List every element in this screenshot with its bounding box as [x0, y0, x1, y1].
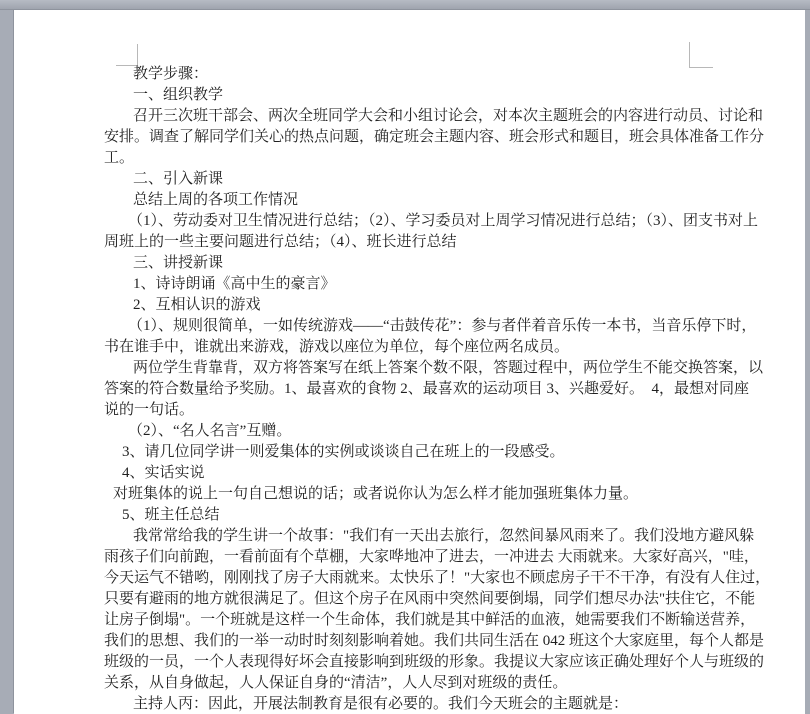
- window-chrome-right: [805, 0, 810, 714]
- document-page[interactable]: 教学步骤：一、组织教学召开三次班干部会、两次全班同学大会和小组讨论会，对本次主题…: [14, 10, 805, 714]
- text-line[interactable]: 总结上周的各项工作情况: [104, 190, 764, 211]
- text-line[interactable]: 1、诗诗朗诵《高中生的豪言》: [104, 274, 764, 295]
- text-line[interactable]: 班级的一员，一个人表现得好坏会直接影响到班级的形象。我提议大家应该正确处理好个人…: [104, 652, 764, 673]
- text-line[interactable]: 召开三次班干部会、两次全班同学大会和小组讨论会，对本次主题班会的内容进行动员、讨…: [104, 106, 764, 127]
- text-line[interactable]: 工。: [104, 148, 764, 169]
- text-line[interactable]: 书在谁手中，谁就出来游戏，游戏以座位为单位，每个座位两名成员。: [104, 337, 764, 358]
- text-line[interactable]: 教学步骤：: [104, 64, 764, 85]
- text-line[interactable]: 二、引入新课: [104, 169, 764, 190]
- text-line[interactable]: 我常常给我的学生讲一个故事："我们有一天出去旅行，忽然间暴风雨来了。我们没地方避…: [104, 526, 764, 547]
- text-line[interactable]: 周班上的一些主要问题进行总结；（4）、班长进行总结: [104, 232, 764, 253]
- text-line[interactable]: 4、实话实说: [104, 463, 764, 484]
- text-boundary-mark-left: [116, 44, 138, 66]
- text-line[interactable]: 两位学生背靠背，双方将答案写在纸上答案个数不限，答题过程中，两位学生不能交换答案…: [104, 358, 764, 379]
- text-line[interactable]: （1）、劳动委对卫生情况进行总结；（2）、学习委员对上周学习情况进行总结；（3）…: [104, 211, 764, 232]
- window-chrome-left: [0, 0, 14, 714]
- text-line[interactable]: （2）、“名人名言”互赠。: [104, 421, 764, 442]
- text-line[interactable]: 只要有避雨的地方就很满足了。但这个房子在风雨中突然间要倒塌，同学们想尽办法"扶住…: [104, 589, 764, 610]
- text-line[interactable]: 安排。调查了解同学们关心的热点问题，确定班会主题内容、班会形式和题目，班会具体准…: [104, 127, 764, 148]
- text-line[interactable]: 3、请几位同学讲一则爱集体的实例或谈谈自己在班上的一段感受。: [104, 442, 764, 463]
- text-line[interactable]: 对班集体的说上一句自己想说的话；或者说你认为怎么样才能加强班集体力量。: [104, 484, 764, 505]
- text-line[interactable]: 让房子倒塌"。一个班就是这样一个生命体，我们就是其中鲜活的血液，她需要我们不断输…: [104, 610, 764, 631]
- document-text: 教学步骤：一、组织教学召开三次班干部会、两次全班同学大会和小组讨论会，对本次主题…: [104, 64, 764, 714]
- text-line[interactable]: 2、互相认识的游戏: [104, 295, 764, 316]
- text-line[interactable]: 答案的符合数量给予奖励。1、最喜欢的食物 2、最喜欢的运动项目 3、兴趣爱好。 …: [104, 379, 764, 400]
- text-line[interactable]: 说的一句话。: [104, 400, 764, 421]
- app-window: 教学步骤：一、组织教学召开三次班干部会、两次全班同学大会和小组讨论会，对本次主题…: [0, 0, 810, 714]
- text-line[interactable]: 一、组织教学: [104, 85, 764, 106]
- text-line[interactable]: 5、班主任总结: [104, 505, 764, 526]
- text-line[interactable]: 今天运气不错哟，刚刚找了房子大雨就来。太快乐了！"大家也不顾虑房子干不干净，有没…: [104, 568, 764, 589]
- text-line[interactable]: 主持人丙：因此，开展法制教育是很有必要的。我们今天班会的主题就是：: [104, 694, 764, 714]
- text-line[interactable]: （1）、规则很简单，一如传统游戏——“击鼓传花”：参与者伴着音乐传一本书，当音乐…: [104, 316, 764, 337]
- text-line[interactable]: 雨孩子们向前跑，一看前面有个草棚，大家哗地冲了进去，一冲进去 大雨就来。大家好高…: [104, 547, 764, 568]
- text-line[interactable]: 三、讲授新课: [104, 253, 764, 274]
- text-line[interactable]: 关系，从自身做起，人人保证自身的“清洁”，人人尽到对班级的责任。: [104, 673, 764, 694]
- text-line[interactable]: 我们的思想、我们的一举一动时时刻刻影响着她。我们共同生活在 042 班这个大家庭…: [104, 631, 764, 652]
- window-chrome-top: [0, 0, 810, 10]
